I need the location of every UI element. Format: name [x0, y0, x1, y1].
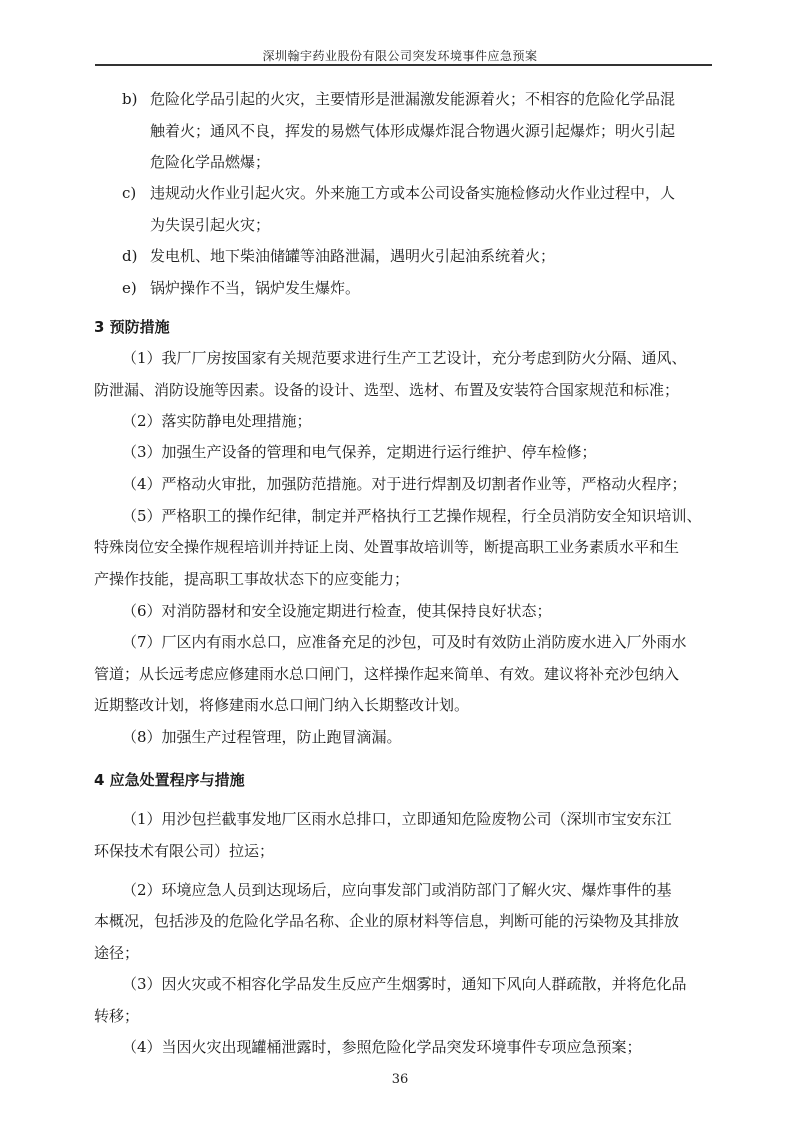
- header-title: 深圳翰宇药业股份有限公司突发环境事件应急预案: [0, 47, 800, 64]
- paragraph-line: 转移；: [94, 1006, 139, 1026]
- list-item-text: 触着火；通风不良，挥发的易燃气体形成爆炸混合物遇火源引起爆炸；明火引起: [150, 121, 675, 141]
- list-item-text: 为失误引起火灾；: [150, 215, 270, 235]
- paragraph-line: （2）落实防静电处理措施；: [122, 411, 312, 431]
- paragraph-line: （8）加强生产过程管理，防止跑冒滴漏。: [122, 727, 402, 747]
- list-item-text: 危险化学品燃爆；: [150, 152, 270, 172]
- paragraph-line: （7）厂区内有雨水总口，应准备充足的沙包，可及时有效防止消防废水进入厂外雨水: [122, 632, 687, 652]
- paragraph-line: 近期整改计划，将修建雨水总口闸门纳入长期整改计划。: [94, 695, 469, 715]
- paragraph-line: 产操作技能，提高职工事故状态下的应变能力；: [94, 569, 409, 589]
- paragraph-line: 管道；从长远考虑应修建雨水总口闸门，这样操作起来简单、有效。建议将补充沙包纳入: [94, 664, 679, 684]
- paragraph-line: （4）严格动火审批，加强防范措施。对于进行焊割及切割者作业等，严格动火程序；: [122, 474, 687, 494]
- list-marker: c): [122, 183, 136, 203]
- list-marker: e): [122, 278, 137, 298]
- paragraph-line: 特殊岗位安全操作规程培训并持证上岗、处置事故培训等，断提高职工业务素质水平和生: [94, 537, 679, 557]
- paragraph-line: （3）因火灾或不相容化学品发生反应产生烟雾时，通知下风向人群疏散，并将危化品: [122, 974, 687, 994]
- paragraph-line: （3）加强生产设备的管理和电气保养，定期进行运行维护、停车检修；: [122, 442, 597, 462]
- paragraph-line: （5）严格职工的操作纪律，制定并严格执行工艺操作规程，行全员消防安全知识培训、: [122, 506, 702, 526]
- list-marker: d): [122, 246, 137, 266]
- header-divider: [95, 64, 712, 66]
- paragraph-line: （1）用沙包拦截事发地厂区雨水总排口，立即通知危险废物公司（深圳市宝安东江: [122, 809, 672, 829]
- paragraph-line: 环保技术有限公司）拉运；: [94, 841, 274, 861]
- list-item-text: 发电机、地下柴油储罐等油路泄漏，遇明火引起油系统着火；: [150, 246, 555, 266]
- section-heading: 4 应急处置程序与措施: [94, 770, 245, 790]
- page-number: 36: [0, 1072, 800, 1087]
- paragraph-line: （1）我厂厂房按国家有关规范要求进行生产工艺设计，充分考虑到防火分隔、通风、: [122, 348, 687, 368]
- list-item-text: 危险化学品引起的火灾，主要情形是泄漏激发能源着火；不相容的危险化学品混: [150, 89, 675, 109]
- paragraph-line: 途径；: [94, 943, 139, 963]
- section-heading: 3 预防措施: [94, 317, 170, 337]
- paragraph-line: （6）对消防器材和安全设施定期进行检查，使其保持良好状态；: [122, 601, 552, 621]
- list-item-text: 锅炉操作不当，锅炉发生爆炸。: [150, 278, 360, 298]
- list-marker: b): [122, 89, 137, 109]
- paragraph-line: 防泄漏、消防设施等因素。设备的设计、选型、选材、布置及安装符合国家规范和标准；: [94, 380, 679, 400]
- list-item-text: 违规动火作业引起火灾。外来施工方或本公司设备实施检修动火作业过程中，人: [150, 183, 675, 203]
- paragraph-line: 本概况，包括涉及的危险化学品名称、企业的原材料等信息，判断可能的污染物及其排放: [94, 911, 679, 931]
- paragraph-line: （4）当因火灾出现罐桶泄露时，参照危险化学品突发环境事件专项应急预案；: [122, 1037, 642, 1057]
- paragraph-line: （2）环境应急人员到达现场后，应向事发部门或消防部门了解火灾、爆炸事件的基: [122, 880, 672, 900]
